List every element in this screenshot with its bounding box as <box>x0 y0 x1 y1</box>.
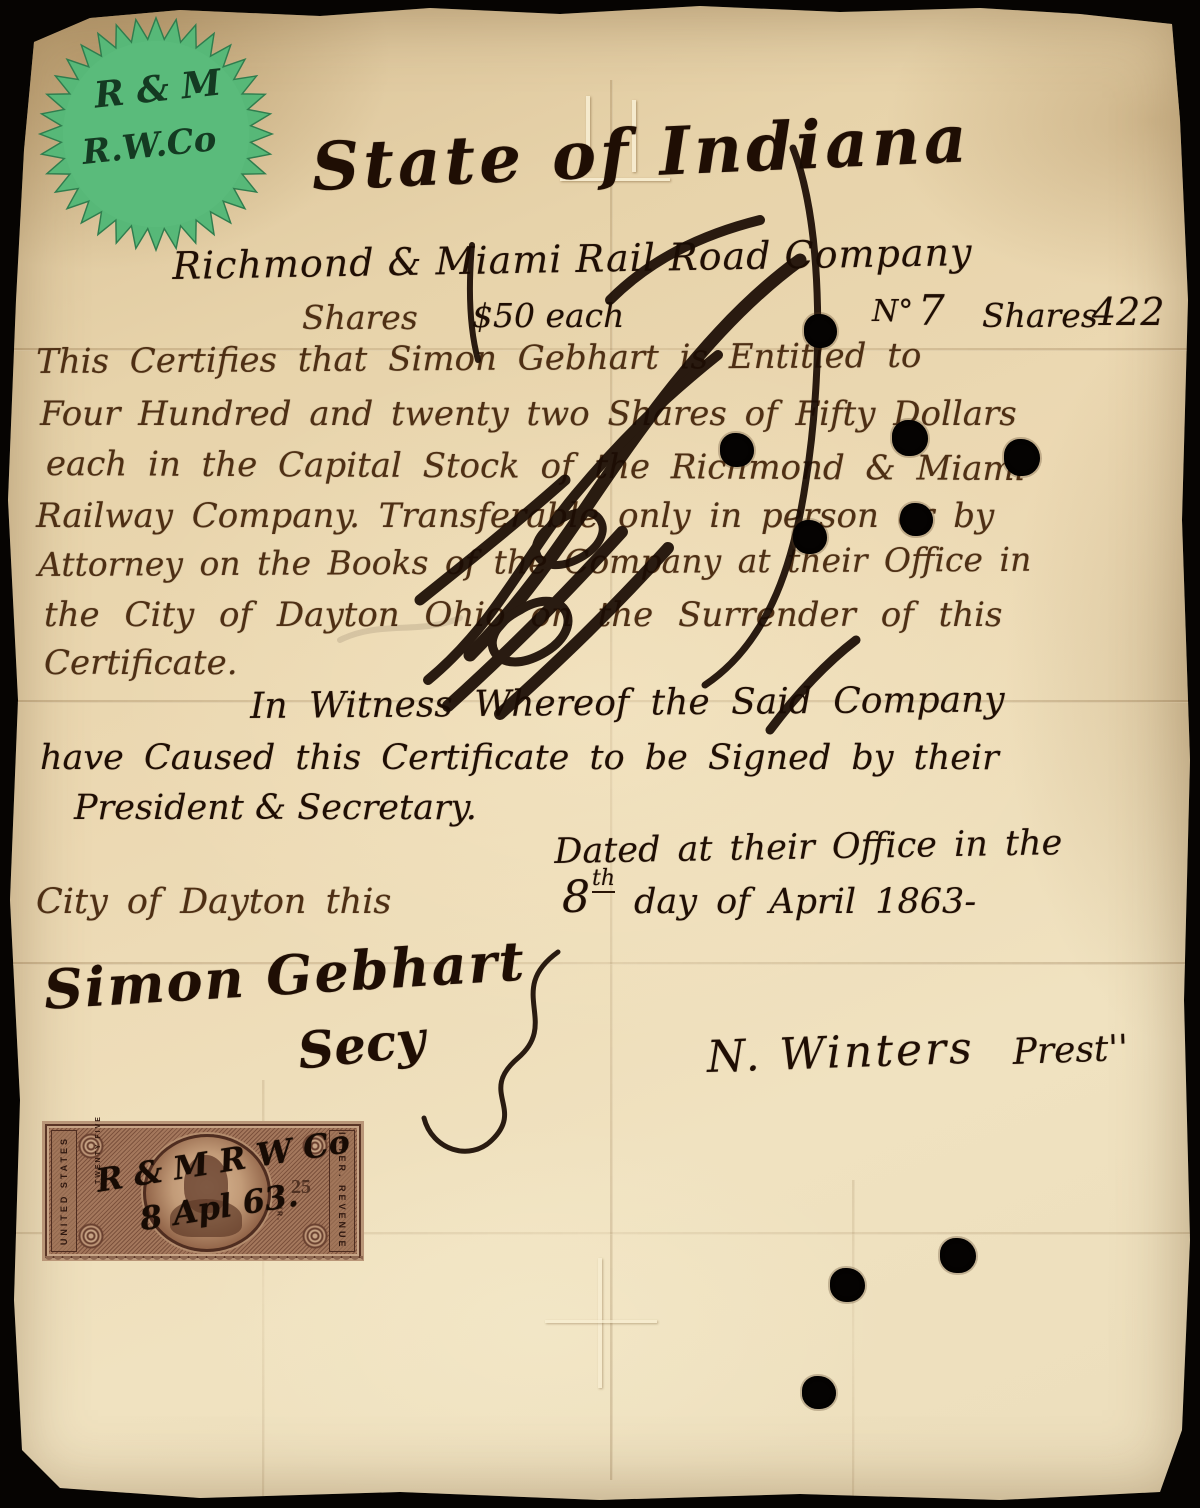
punch-hole <box>802 1376 836 1409</box>
crease-mark <box>598 1258 602 1388</box>
shares-count-value: 422 <box>1092 290 1165 334</box>
witness-line: President & Secretary. <box>74 788 477 828</box>
revenue-stamp: UNITED STATES INTER. REVENUE TWENTY FIVE… <box>45 1124 361 1258</box>
dated-day-number: 8 <box>562 872 590 923</box>
certificate-paper: R & M R.W.Co State of Indiana Richmond &… <box>0 0 1200 1508</box>
body-line: This Certifies that Simon Gebhart is Ent… <box>36 336 922 382</box>
punch-hole <box>720 433 754 467</box>
stamp-left-edge-text: UNITED STATES <box>59 1136 69 1245</box>
body-line: each in the Capital Stock of the Richmon… <box>46 444 1026 489</box>
stamp-rosette <box>301 1222 329 1250</box>
punch-hole <box>830 1268 865 1302</box>
witness-line: have Caused this Certificate to be Signe… <box>40 738 999 778</box>
share-price: $50 each <box>472 296 624 335</box>
president-title: Prest'' <box>1012 1028 1129 1073</box>
fold-crease <box>610 80 613 1480</box>
shares-count-label: Shares <box>982 296 1098 335</box>
punch-hole <box>892 420 928 456</box>
body-line: the City of Dayton Ohio on the Surrender… <box>44 595 1003 635</box>
photo-background: R & M R.W.Co State of Indiana Richmond &… <box>0 0 1200 1508</box>
fold-crease <box>852 1180 855 1500</box>
body-line: Certificate. <box>44 643 238 683</box>
crease-mark <box>545 1320 657 1323</box>
punch-hole <box>804 314 837 348</box>
president-signature: N. Winters <box>706 1023 975 1083</box>
stamp-rosette <box>77 1222 105 1250</box>
punch-hole <box>940 1238 976 1273</box>
stamp-left-band: UNITED STATES <box>51 1130 77 1252</box>
punch-hole <box>900 503 933 536</box>
punch-hole <box>793 520 827 554</box>
body-line: Four Hundred and twenty two Shares of Fi… <box>40 394 1017 434</box>
stamp-perforation <box>45 1256 363 1264</box>
punch-hole <box>1004 439 1040 476</box>
body-line: Attorney on the Books of the Company at … <box>38 540 1031 584</box>
body-line: Railway Company. Transferable only in pe… <box>36 496 994 536</box>
dated-line2-suffix: day of April 1863- <box>634 882 976 922</box>
certificate-number-value: 7 <box>918 286 945 335</box>
witness-line: In Witness Whereof the Said Company <box>250 679 1005 727</box>
dated-day-suffix: th <box>592 866 615 893</box>
dated-line2-prefix: City of Dayton this <box>36 882 391 922</box>
company-seal: R & M R.W.Co <box>30 14 282 254</box>
shares-label: Shares <box>302 298 418 337</box>
certificate-number-label: N° <box>872 294 913 329</box>
